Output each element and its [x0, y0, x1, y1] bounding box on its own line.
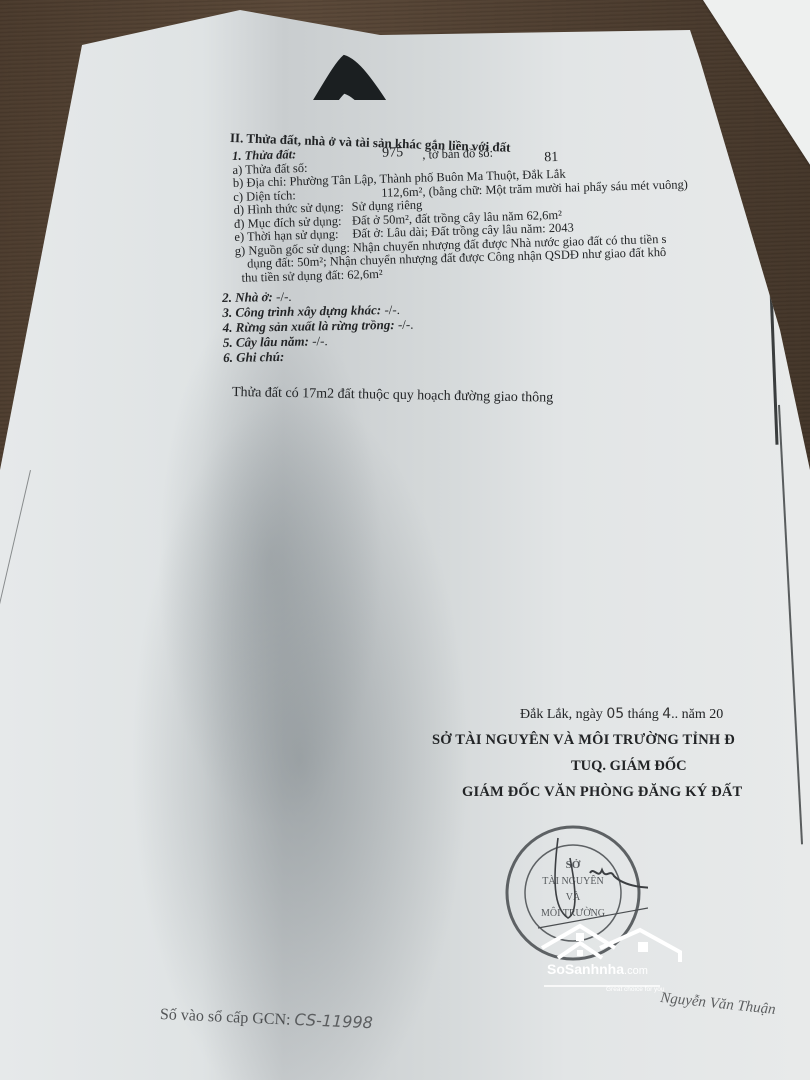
map-sheet-label: , tờ bản đồ số:: [422, 146, 493, 161]
date-month: 4: [662, 706, 671, 722]
signer-title: GIÁM ĐỐC VĂN PHÒNG ĐĂNG KÝ ĐẤT: [462, 784, 742, 801]
address-label: b) Địa chỉ:: [233, 174, 287, 189]
page-border-right-lower: [778, 405, 803, 845]
origin-line3: thu tiền sử dụng đất: 62,6m²: [241, 266, 382, 284]
place-date: Đắk Lắk, ngày 05 tháng 4.. năm 20: [520, 706, 723, 723]
svg-text:SỞ: SỞ: [566, 859, 581, 871]
parcel-number: 975: [382, 146, 403, 160]
map-sheet-number: 81: [544, 150, 558, 164]
authorization-line: TUQ. GIÁM ĐỐC: [571, 758, 687, 775]
issuing-department: SỞ TÀI NGUYÊN VÀ MÔI TRƯỜNG TỈNH Đ: [432, 732, 735, 749]
note-text: Thửa đất có 17m2 đất thuộc quy hoạch đườ…: [232, 385, 553, 407]
registration-number: Số vào sổ cấp GCN: CS-11998: [160, 1004, 374, 1033]
date-day: 05: [606, 706, 624, 722]
svg-text:VÀ: VÀ: [566, 891, 581, 903]
page-border-top: [104, 40, 704, 100]
page-border-left: [0, 470, 31, 685]
signer-name: Nguyễn Văn Thuận: [659, 990, 776, 1019]
watermark-tagline: Great choice for you: [606, 986, 665, 993]
list-item-notes: 6. Ghi chú:: [223, 347, 414, 365]
parcel-details: 1. Thửa đất: a) Thửa đất số: 975 , tờ bả…: [232, 137, 690, 285]
land-certificate-page: II. Thửa đất, nhà ở và tài sản khác gắn …: [0, 0, 810, 1080]
other-assets-list: 2. Nhà ở: -/-. 3. Công trình xây dựng kh…: [222, 287, 414, 365]
watermark-brand: SoSanhnha.com: [547, 961, 648, 977]
